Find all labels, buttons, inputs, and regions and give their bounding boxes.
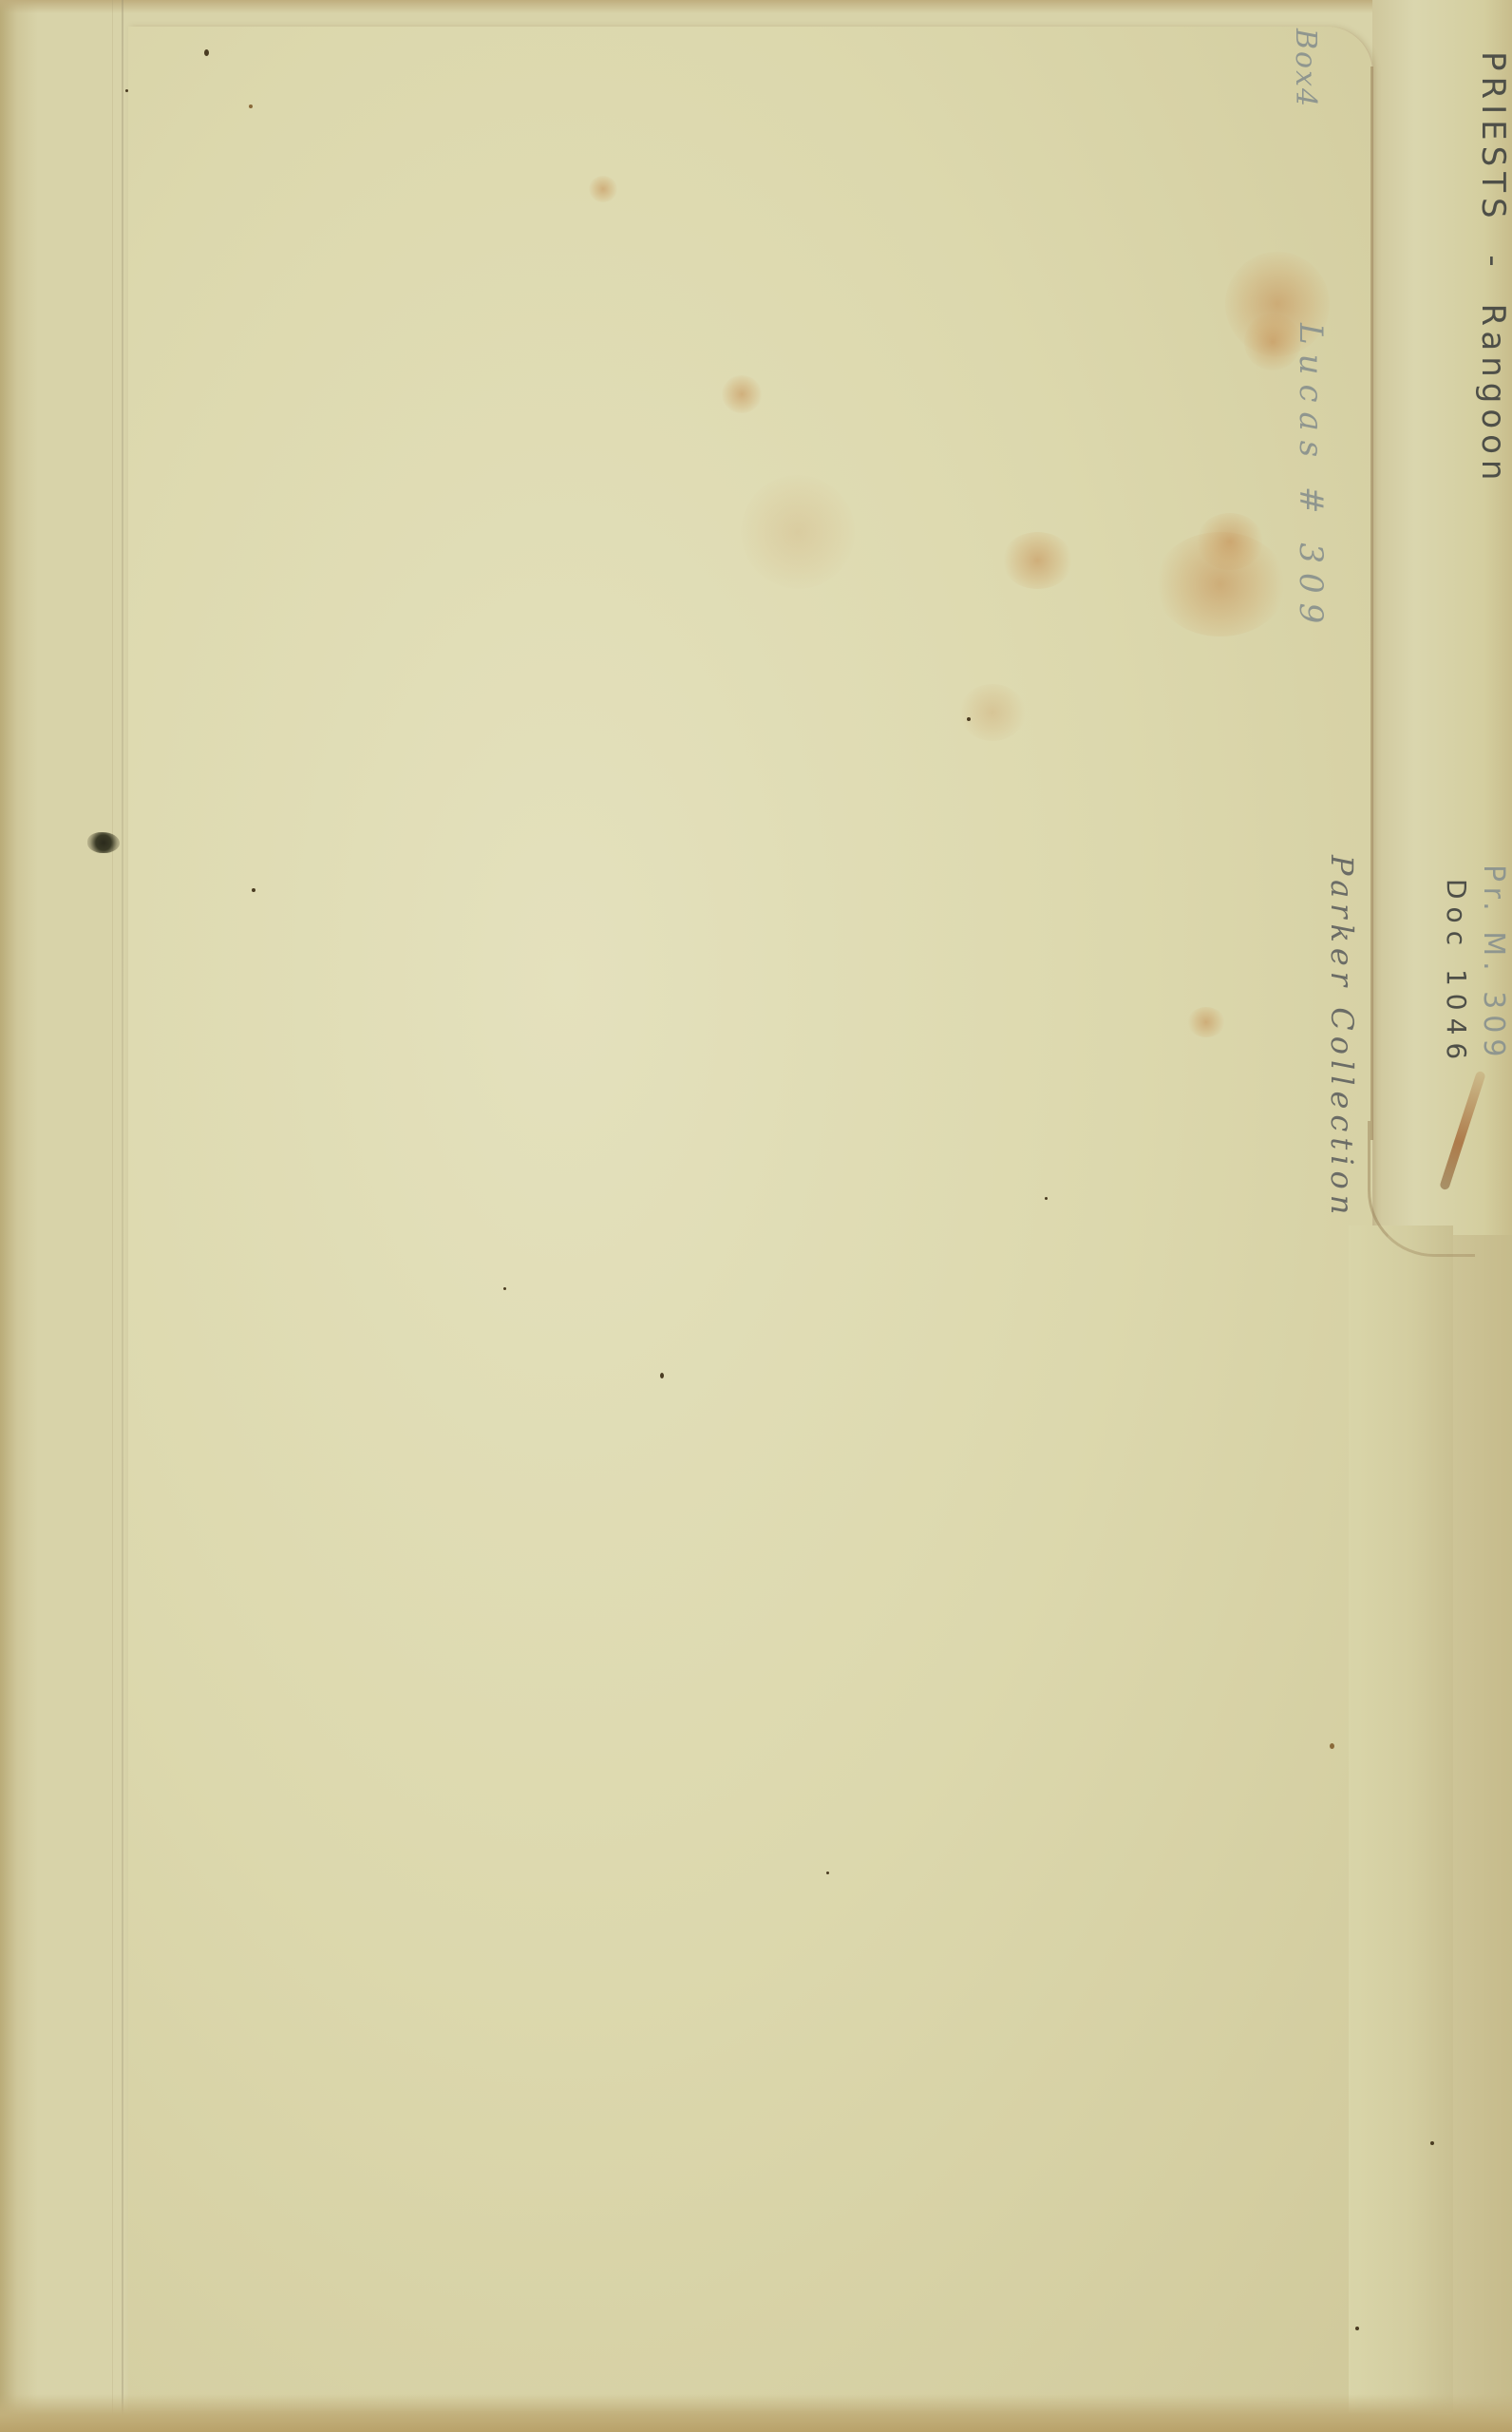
- inventory-doc: Doc 1046: [1441, 879, 1472, 1067]
- dirt-speck: [125, 89, 128, 92]
- bottom-edge-shadow: [0, 2394, 1512, 2432]
- tab-label-priests: PRIESTS: [1474, 51, 1512, 224]
- tab-label-separator: -: [1474, 255, 1512, 272]
- foxing-stain: [1187, 1007, 1225, 1037]
- dirt-speck: [660, 1373, 664, 1378]
- foxing-stain: [1002, 532, 1073, 589]
- dirt-speck: [204, 49, 209, 56]
- fold-crease: [122, 0, 123, 2432]
- dirt-speck: [826, 1871, 829, 1874]
- dirt-speck: [1330, 1743, 1334, 1749]
- dirt-speck: [967, 717, 971, 721]
- foxing-stain: [722, 375, 762, 413]
- folder-front-flap-extension: [1349, 1225, 1453, 2413]
- ink-blot: [87, 832, 120, 853]
- corner-mark-box: Box4: [1289, 28, 1322, 108]
- folder-scan: Box4 PRIESTS - Rangoon Lucas # 309 Pr. M…: [0, 0, 1512, 2432]
- dirt-speck: [1355, 2327, 1359, 2330]
- dirt-speck: [252, 888, 255, 892]
- foxing-stain: [959, 684, 1026, 741]
- tab-label-place: Rangoon: [1474, 303, 1512, 485]
- inventory-number: Pr. M. 309: [1477, 864, 1510, 1062]
- folder-back-strip: [1453, 1235, 1512, 2432]
- foxing-stain: [1197, 513, 1263, 570]
- fold-crease-secondary: [112, 0, 113, 2432]
- foxing-stain: [589, 176, 617, 202]
- dirt-speck: [1430, 2141, 1434, 2145]
- flap-edge: [1370, 66, 1373, 1140]
- cross-reference-lucas: Lucas # 309: [1292, 323, 1330, 633]
- dirt-speck: [503, 1287, 506, 1290]
- tab-label-title: PRIESTS - Rangoon: [1474, 51, 1512, 485]
- dirt-speck: [249, 104, 253, 108]
- collection-label: Parker Collection: [1324, 855, 1360, 1220]
- top-edge-shadow: [0, 0, 1512, 13]
- foxing-stain: [741, 475, 855, 589]
- dirt-speck: [1045, 1197, 1048, 1200]
